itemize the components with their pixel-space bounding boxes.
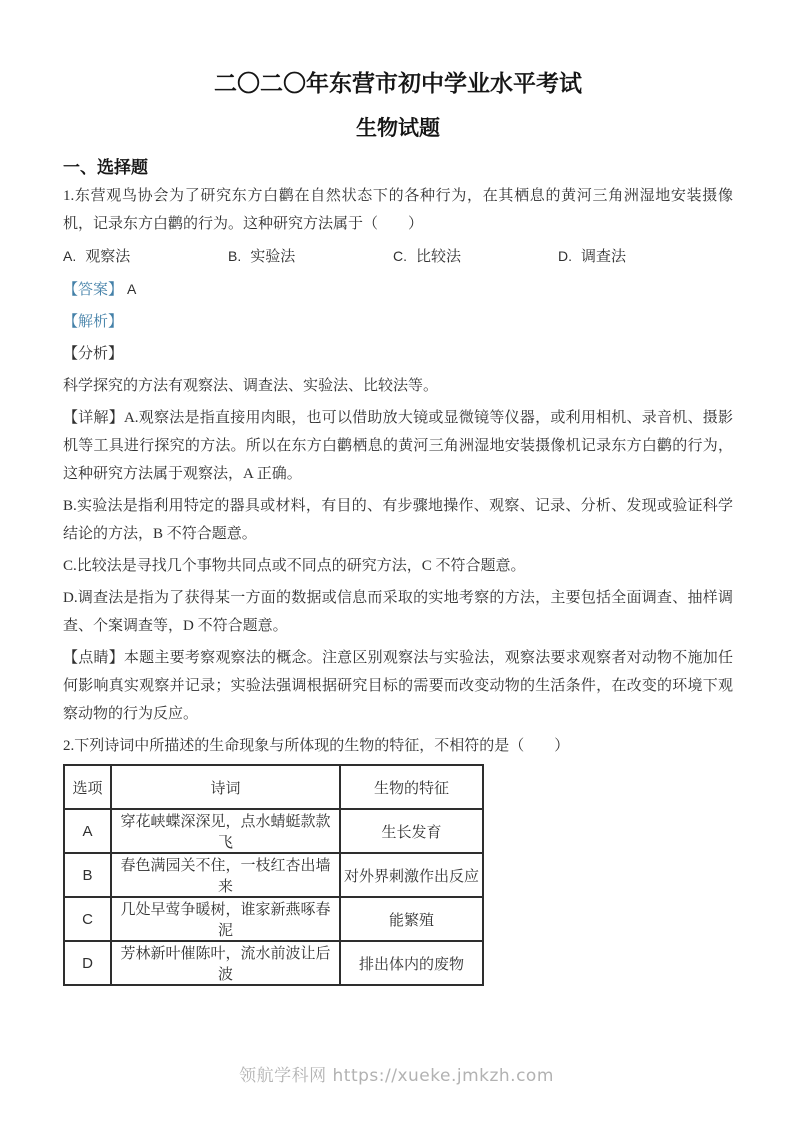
table-cell-feature: 能繁殖: [340, 897, 483, 941]
answer-value: A: [127, 281, 136, 297]
watermark: 领航学科网 https://xueke.jmkzh.com: [0, 1063, 793, 1089]
q1-option-d-label: D.: [558, 242, 572, 270]
q1-option-b-text: 实验法: [250, 243, 295, 271]
q1-option-a: A. 观察法: [63, 242, 228, 271]
table-cell-option: B: [64, 853, 111, 897]
q2-stem: 2.下列诗词中所描述的生命现象与所体现的生物的特征，不相符的是（ ）: [63, 732, 733, 760]
table-header-option: 选项: [64, 765, 111, 809]
table-cell-poem: 穿花峡蝶深深见，点水蜻蜓款款飞: [111, 809, 340, 853]
q1-jiexi-label: 【解析】: [63, 308, 733, 336]
table-header-feature: 生物的特征: [340, 765, 483, 809]
q1-option-c: C. 比较法: [393, 242, 558, 271]
q1-xiangjie-c: C.比较法是寻找几个事物共同点或不同点的研究方法，C 不符合题意。: [63, 552, 733, 580]
q1-option-c-label: C.: [393, 242, 407, 270]
q1-option-a-text: 观察法: [85, 243, 130, 271]
doc-title: 二〇二〇年东营市初中学业水平考试: [63, 0, 733, 98]
table-header-poem: 诗词: [111, 765, 340, 809]
q1-option-b-label: B.: [228, 242, 241, 270]
q1-options: A. 观察法 B. 实验法 C. 比较法 D. 调查法: [63, 242, 733, 271]
table-row: A 穿花峡蝶深深见，点水蜻蜓款款飞 生长发育: [64, 809, 483, 853]
q1-dianjing: 【点睛】本题主要考察观察法的概念。注意区别观察法与实验法，观察法要求观察者对动物…: [63, 644, 733, 728]
table-cell-option: A: [64, 809, 111, 853]
q2-table: 选项 诗词 生物的特征 A 穿花峡蝶深深见，点水蜻蜓款款飞 生长发育 B 春色满…: [63, 764, 484, 986]
table-row: D 芳林新叶催陈叶，流水前波让后波 排出体内的废物: [64, 941, 483, 985]
answer-label: 【答案】: [63, 282, 123, 298]
q1-xiangjie-b: B.实验法是指利用特定的器具或材料，有目的、有步骤地操作、观察、记录、分析、发现…: [63, 492, 733, 548]
section-heading: 一、选择题: [63, 156, 733, 180]
table-cell-feature: 排出体内的废物: [340, 941, 483, 985]
q1-answer-line: 【答案】A: [63, 275, 733, 304]
table-cell-option: D: [64, 941, 111, 985]
q1-option-d: D. 调查法: [558, 242, 626, 271]
q1-option-a-label: A.: [63, 242, 76, 270]
table-header-row: 选项 诗词 生物的特征: [64, 765, 483, 809]
exam-document: 二〇二〇年东营市初中学业水平考试 生物试题 一、选择题 1.东营观鸟协会为了研究…: [0, 0, 793, 1122]
q1-option-b: B. 实验法: [228, 242, 393, 271]
q1-stem: 1.东营观鸟协会为了研究东方白鹳在自然状态下的各种行为，在其栖息的黄河三角洲湿地…: [63, 182, 733, 238]
doc-subtitle: 生物试题: [63, 114, 733, 142]
table-cell-option: C: [64, 897, 111, 941]
q1-xiangjie-d: D.调查法是指为了获得某一方面的数据或信息而采取的实地考察的方法，主要包括全面调…: [63, 584, 733, 640]
table-row: B 春色满园关不住，一枝红杏出墙来 对外界刺激作出反应: [64, 853, 483, 897]
table-cell-poem: 春色满园关不住，一枝红杏出墙来: [111, 853, 340, 897]
q1-option-d-text: 调查法: [581, 243, 626, 271]
q1-fenxi-label: 【分析】: [63, 340, 733, 368]
q1-fenxi-text: 科学探究的方法有观察法、调查法、实验法、比较法等。: [63, 372, 733, 400]
q1-xiangjie-a: 【详解】A.观察法是指直接用肉眼，也可以借助放大镜或显微镜等仪器，或利用相机、录…: [63, 404, 733, 488]
table-cell-poem: 芳林新叶催陈叶，流水前波让后波: [111, 941, 340, 985]
table-row: C 几处早莺争暖树，谁家新燕啄春泥 能繁殖: [64, 897, 483, 941]
table-cell-feature: 对外界刺激作出反应: [340, 853, 483, 897]
document-body: 二〇二〇年东营市初中学业水平考试 生物试题 一、选择题 1.东营观鸟协会为了研究…: [0, 0, 793, 986]
table-cell-feature: 生长发育: [340, 809, 483, 853]
table-cell-poem: 几处早莺争暖树，谁家新燕啄春泥: [111, 897, 340, 941]
q1-option-c-text: 比较法: [416, 243, 461, 271]
